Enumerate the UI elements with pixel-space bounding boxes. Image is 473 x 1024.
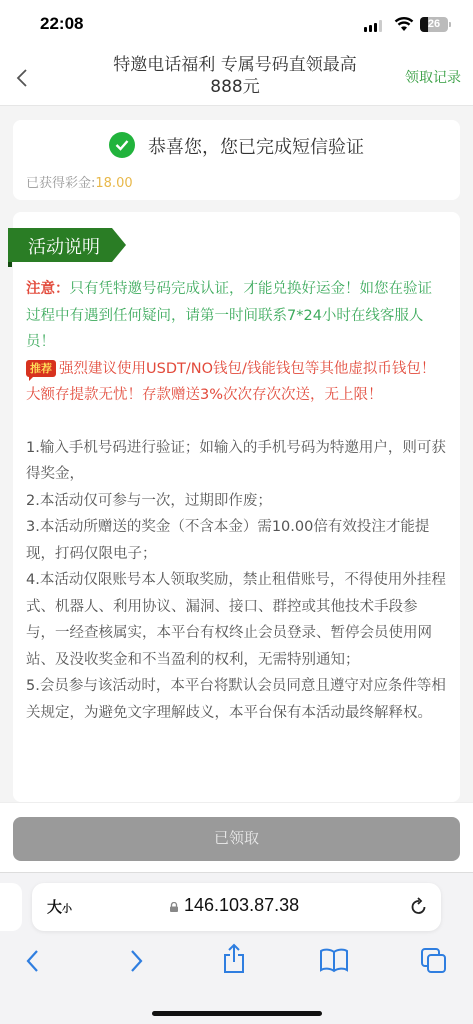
activity-ribbon: 活动说明: [8, 228, 126, 262]
address-bar[interactable]: 大小 146.103.87.38: [32, 883, 441, 931]
battery-tip: [449, 22, 451, 27]
previous-tab-preview[interactable]: [0, 883, 22, 931]
rule-item: 1.输入手机号码进行验证；如输入的手机号码为特邀用户，则可获得奖金，: [26, 435, 446, 488]
rule-item: 5.会员参与该活动时，本平台将默认会员同意且遵守对应条件等相关规定，为避免文字理…: [26, 673, 446, 726]
back-icon[interactable]: [24, 947, 42, 975]
bonus-info: 已获得彩金:18.00: [26, 172, 133, 191]
claimed-button[interactable]: 已领取: [13, 817, 460, 861]
notice-text: 只有凭特邀号码完成认证，才能兑换好运金！如您在验证过程中有遇到任何疑问，请第一时…: [26, 281, 432, 350]
recommend-paragraph: 推荐强烈建议使用USDT/NO钱包/钱能钱包等其他虚拟币钱包！大额存提款无忧！存…: [26, 356, 446, 409]
battery-level: 26: [420, 17, 448, 32]
status-time: 22:08: [40, 14, 83, 34]
url-text[interactable]: 146.103.87.38: [184, 895, 299, 916]
ribbon-fold: [8, 262, 12, 267]
verification-title: 恭喜您，您已完成短信验证: [148, 133, 364, 159]
check-circle-icon: [109, 132, 135, 158]
nav-bar: 特邀电话福利 专属号码直领最高888元 领取记录: [0, 50, 473, 106]
lock-icon: [169, 902, 179, 912]
tabs-icon[interactable]: [420, 947, 448, 975]
cellular-signal-icon: [364, 20, 384, 32]
bonus-label: 已获得彩金:: [26, 176, 95, 191]
page-title: 特邀电话福利 专属号码直领最高888元: [100, 54, 370, 98]
rule-item: 3.本活动所赠送的奖金（不含本金）需10.00倍有效投注才能提现，打码仅限电子；: [26, 514, 446, 567]
status-bar: 22:08 26: [0, 0, 473, 50]
rules-list: 1.输入手机号码进行验证；如输入的手机号码为特邀用户，则可获得奖金， 2.本活动…: [26, 435, 446, 727]
text-size-small: 小: [62, 904, 72, 915]
bookmarks-icon[interactable]: [319, 947, 349, 973]
share-icon[interactable]: [222, 943, 246, 975]
claim-records-link[interactable]: 领取记录: [405, 67, 461, 87]
chevron-left-icon[interactable]: [12, 64, 34, 92]
bonus-value: 18.00: [95, 176, 132, 191]
verification-card: 恭喜您，您已完成短信验证 已获得彩金:18.00: [13, 120, 460, 200]
claim-area: 已领取: [0, 802, 473, 872]
browser-toolbar: [0, 945, 473, 981]
ribbon-label: 活动说明: [28, 233, 100, 259]
reload-icon[interactable]: [409, 896, 429, 918]
activity-card: 活动说明 注意：只有凭特邀号码完成认证，才能兑换好运金！如您在验证过程中有遇到任…: [13, 212, 460, 802]
forward-icon[interactable]: [127, 947, 145, 975]
browser-chrome: 大小 146.103.87.38: [0, 872, 473, 1024]
wifi-icon: [394, 16, 414, 32]
notice-paragraph: 注意：只有凭特邀号码完成认证，才能兑换好运金！如您在验证过程中有遇到任何疑问，请…: [26, 276, 446, 356]
text-size-button[interactable]: 大小: [47, 896, 72, 917]
notice-label: 注意：: [26, 281, 70, 297]
text-size-big: 大: [47, 898, 62, 916]
battery-icon: 26: [420, 17, 448, 32]
rule-item: 4.本活动仅限账号本人领取奖励，禁止租借账号，不得使用外挂程式、机器人、利用协议…: [26, 567, 446, 673]
recommend-badge: 推荐: [26, 360, 56, 377]
recommend-text: 强烈建议使用USDT/NO钱包/钱能钱包等其他虚拟币钱包！大额存提款无忧！存款赠…: [26, 361, 435, 404]
home-indicator: [152, 1011, 322, 1016]
activity-content: 注意：只有凭特邀号码完成认证，才能兑换好运金！如您在验证过程中有遇到任何疑问，请…: [26, 276, 446, 726]
rule-item: 2.本活动仅可参与一次，过期即作废；: [26, 488, 446, 515]
